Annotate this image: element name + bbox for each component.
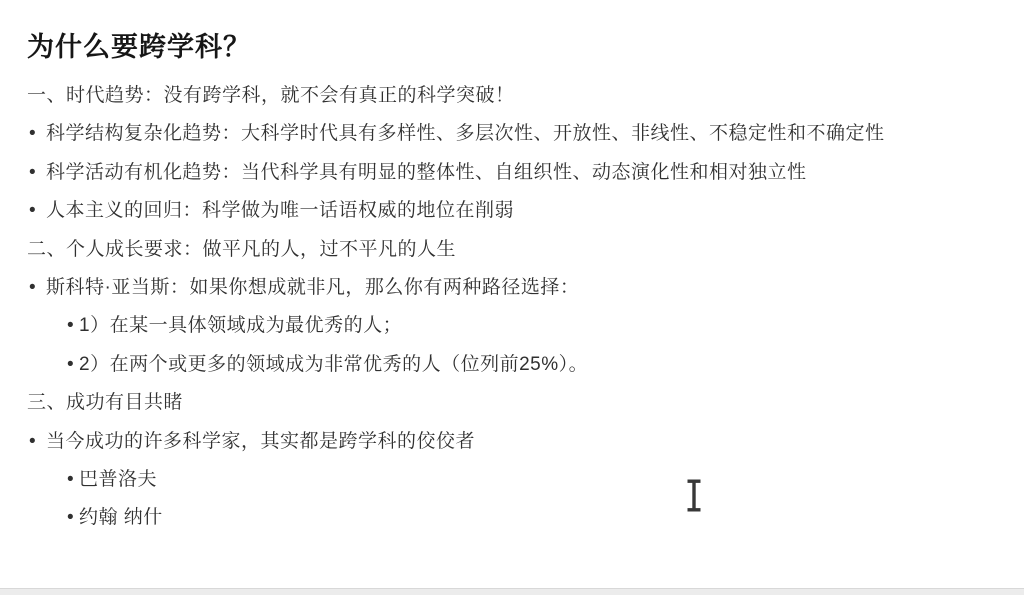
bullet-icon: • [67, 499, 79, 537]
sub-bullet-line[interactable]: •约翰 纳什 [27, 499, 1014, 537]
line-text: 人本主义的回归：科学做为唯一话语权威的地位在削弱 [46, 200, 514, 221]
bullet-icon: • [29, 269, 46, 307]
line-text: 斯科特·亚当斯：如果你想成就非凡，那么你有两种路径选择： [46, 277, 579, 298]
bullet-icon: • [67, 461, 79, 499]
bullet-icon: • [29, 192, 46, 230]
bullet-icon: • [67, 307, 79, 345]
line-text: 一、时代趋势：没有跨学科，就不会有真正的科学突破！ [27, 85, 515, 106]
bullet-line[interactable]: •科学结构复杂化趋势：大科学时代具有多样性、多层次性、开放性、非线性、不稳定性和… [27, 115, 1014, 153]
bullet-icon: • [67, 346, 79, 384]
line-text: 二、个人成长要求：做平凡的人，过不平凡的人生 [27, 239, 456, 260]
document-page: 为什么要跨学科？ 一、时代趋势：没有跨学科，就不会有真正的科学突破！ •科学结构… [0, 0, 1024, 595]
line-text: 科学活动有机化趋势：当代科学具有明显的整体性、自组织性、动态演化性和相对独立性 [46, 162, 807, 183]
line-text: 巴普洛夫 [79, 469, 157, 490]
line-text: 2）在两个或更多的领域成为非常优秀的人（位列前25%）。 [79, 354, 588, 375]
line-text: 三、成功有目共睹 [27, 392, 183, 413]
line-text: 科学结构复杂化趋势：大科学时代具有多样性、多层次性、开放性、非线性、不稳定性和不… [46, 123, 885, 144]
sub-bullet-line[interactable]: •1）在某一具体领域成为最优秀的人； [27, 307, 1014, 345]
bullet-line[interactable]: •当今成功的许多科学家，其实都是跨学科的佼佼者 [27, 423, 1014, 461]
bullet-icon: • [29, 154, 46, 192]
bullet-line[interactable]: •人本主义的回归：科学做为唯一话语权威的地位在削弱 [27, 192, 1014, 230]
bullet-icon: • [29, 423, 46, 461]
window-bottom-edge [0, 588, 1024, 595]
bullet-line[interactable]: •斯科特·亚当斯：如果你想成就非凡，那么你有两种路径选择： [27, 269, 1014, 307]
bullet-icon: • [29, 115, 46, 153]
sub-bullet-line[interactable]: •巴普洛夫 [27, 461, 1014, 499]
bullet-line[interactable]: •科学活动有机化趋势：当代科学具有明显的整体性、自组织性、动态演化性和相对独立性 [27, 154, 1014, 192]
section-line[interactable]: 二、个人成长要求：做平凡的人，过不平凡的人生 [27, 231, 1014, 269]
section-line[interactable]: 一、时代趋势：没有跨学科，就不会有真正的科学突破！ [27, 77, 1014, 115]
line-text: 当今成功的许多科学家，其实都是跨学科的佼佼者 [46, 431, 475, 452]
document-body[interactable]: 一、时代趋势：没有跨学科，就不会有真正的科学突破！ •科学结构复杂化趋势：大科学… [27, 77, 1014, 538]
text-ibeam-cursor [684, 479, 704, 512]
sub-bullet-line[interactable]: •2）在两个或更多的领域成为非常优秀的人（位列前25%）。 [27, 346, 1014, 384]
section-line[interactable]: 三、成功有目共睹 [27, 384, 1014, 422]
line-text: 约翰 纳什 [79, 507, 163, 528]
page-title: 为什么要跨学科？ [27, 33, 251, 63]
line-text: 1）在某一具体领域成为最优秀的人； [79, 315, 402, 336]
